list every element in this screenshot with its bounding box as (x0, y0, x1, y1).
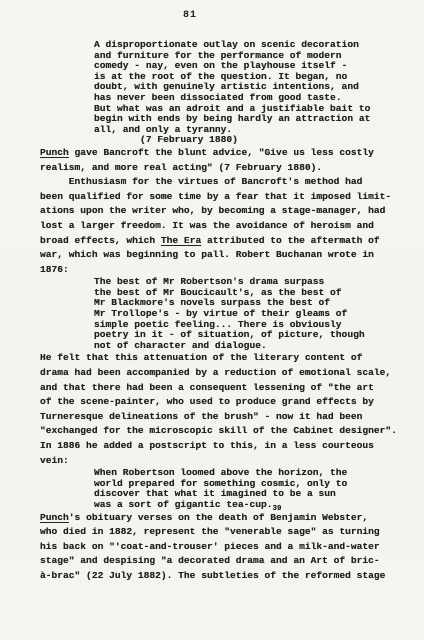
text-segment: When Robertson loomed above the horizon,… (94, 467, 347, 478)
text-segment: Enthusiasm for the virtues of Bancroft's… (40, 176, 362, 187)
block-quote: A disproportionate outlay on scenic deco… (94, 40, 396, 146)
text-segment: broad effects, which (40, 235, 161, 246)
text-segment: simple poetic feeling... There is obviou… (94, 319, 342, 330)
block-quote: When Robertson loomed above the horizon,… (94, 468, 396, 510)
text-line: vein: (40, 454, 396, 469)
text-line: In 1886 he added a postscript to this, i… (40, 439, 396, 454)
text-segment: and that there had been a consequent les… (40, 382, 374, 393)
text-segment: world prepared for something cosmic, onl… (94, 478, 347, 489)
text-segment: A disproportionate outlay on scenic deco… (94, 39, 359, 50)
text-segment: has never been dissociated from good tas… (94, 92, 342, 103)
text-line: (7 February 1880) (94, 135, 396, 146)
underlined-title: Punch (40, 147, 69, 158)
text-line: and that there had been a consequent les… (40, 381, 396, 396)
paragraph: He felt that this attenuation of the lit… (40, 351, 396, 468)
text-segment: In 1886 he added a postscript to this, i… (40, 440, 374, 451)
text-segment: (7 February 1880) (94, 134, 238, 145)
text-segment: war, which was beginning to pall. Robert… (40, 249, 374, 260)
underlined-title: The Era (161, 235, 201, 246)
text-segment: Turneresque delineations of the brush" -… (40, 411, 362, 422)
text-segment: realism, and more real acting" (7 Februa… (40, 162, 322, 173)
text-line: realism, and more real acting" (7 Februa… (40, 161, 396, 176)
text-line: 1876: (40, 263, 396, 278)
block-quote: The best of Mr Robertson's drama surpass… (94, 277, 396, 351)
text-line: Enthusiasm for the virtues of Bancroft's… (40, 175, 396, 190)
text-segment: "exchanged for the microscopic skill of … (40, 425, 397, 436)
text-segment: drama had been accompanied by a reductio… (40, 367, 391, 378)
text-line: his back on "'coat-and-trouser' pieces a… (40, 540, 396, 555)
document-page: 81 A disproportionate outlay on scenic d… (0, 0, 424, 640)
text-line: war, which was beginning to pall. Robert… (40, 248, 396, 263)
text-segment: begin with ends by being hardly an attra… (94, 113, 370, 124)
text-segment: not of character and dialogue. (94, 340, 267, 351)
text-line: who died in 1882, represent the "venerab… (40, 525, 396, 540)
text-segment: Mr Trollope's - by virtue of their gleam… (94, 308, 347, 319)
text-line: not of character and dialogue. (94, 341, 396, 352)
text-segment: 1876: (40, 264, 69, 275)
text-segment: comedy - nay, even on the playhouse itse… (94, 60, 347, 71)
paragraph: Punch's obituary verses on the death of … (40, 511, 396, 584)
text-segment: discover that what it imagined to be a s… (94, 488, 336, 499)
text-line: drama had been accompanied by a reductio… (40, 366, 396, 381)
text-segment: à-brac" (22 July 1882). The subtleties o… (40, 570, 385, 581)
text-segment: stage" and despising "a decorated drama … (40, 555, 380, 566)
text-segment: doubt, with genuinely artistic intention… (94, 81, 359, 92)
paragraph: Enthusiasm for the virtues of Bancroft's… (40, 175, 396, 277)
text-segment: was a sort of gigantic tea-cup. (94, 499, 272, 510)
text-segment: Mr Blackmore's novels surpass the best o… (94, 297, 330, 308)
paragraph: Punch gave Bancroft the blunt advice, "G… (40, 146, 396, 175)
text-line: à-brac" (22 July 1882). The subtleties o… (40, 569, 396, 584)
text-line: Punch's obituary verses on the death of … (40, 511, 396, 526)
text-segment: his back on "'coat-and-trouser' pieces a… (40, 541, 380, 552)
text-segment: vein: (40, 455, 69, 466)
text-segment: lost a larger freedom. It was the avoida… (40, 220, 374, 231)
text-segment: 's obituary verses on the death of Benja… (69, 512, 368, 523)
text-line: broad effects, which The Era attributed … (40, 234, 396, 249)
text-segment: ations upon the writer who, by becoming … (40, 205, 385, 216)
text-segment: gave Bancroft the blunt advice, "Give us… (69, 147, 374, 158)
text-line: stage" and despising "a decorated drama … (40, 554, 396, 569)
text-line: ations upon the writer who, by becoming … (40, 204, 396, 219)
page-content: A disproportionate outlay on scenic deco… (40, 40, 396, 584)
text-segment: the best of Mr Boucicault's, as the best… (94, 287, 342, 298)
text-line: of the scene-painter, who used to produc… (40, 395, 396, 410)
text-line: Punch gave Bancroft the blunt advice, "G… (40, 146, 396, 161)
text-line: He felt that this attenuation of the lit… (40, 351, 396, 366)
text-line: "exchanged for the microscopic skill of … (40, 424, 396, 439)
text-segment: The best of Mr Robertson's drama surpass (94, 276, 324, 287)
text-line: was a sort of gigantic tea-cup.39 (94, 500, 396, 511)
text-segment: who died in 1882, represent the "venerab… (40, 526, 380, 537)
text-segment: of the scene-painter, who used to produc… (40, 396, 374, 407)
text-segment: been qualified for some time by a fear t… (40, 191, 391, 202)
text-line: been qualified for some time by a fear t… (40, 190, 396, 205)
text-segment: is at the root of the question. It began… (94, 71, 347, 82)
page-number: 81 (150, 10, 230, 21)
text-segment: poetry in it - of situation, of picture,… (94, 329, 365, 340)
text-segment: But what was an adroit and a justifiable… (94, 103, 370, 114)
text-segment: all, and only a tyranny. (94, 124, 232, 135)
text-segment: and furniture for the performance of mod… (94, 50, 342, 61)
underlined-title: Punch (40, 512, 69, 523)
text-segment: attributed to the aftermath of (201, 235, 379, 246)
text-segment: He felt that this attenuation of the lit… (40, 352, 362, 363)
text-line: Turneresque delineations of the brush" -… (40, 410, 396, 425)
text-line: lost a larger freedom. It was the avoida… (40, 219, 396, 234)
